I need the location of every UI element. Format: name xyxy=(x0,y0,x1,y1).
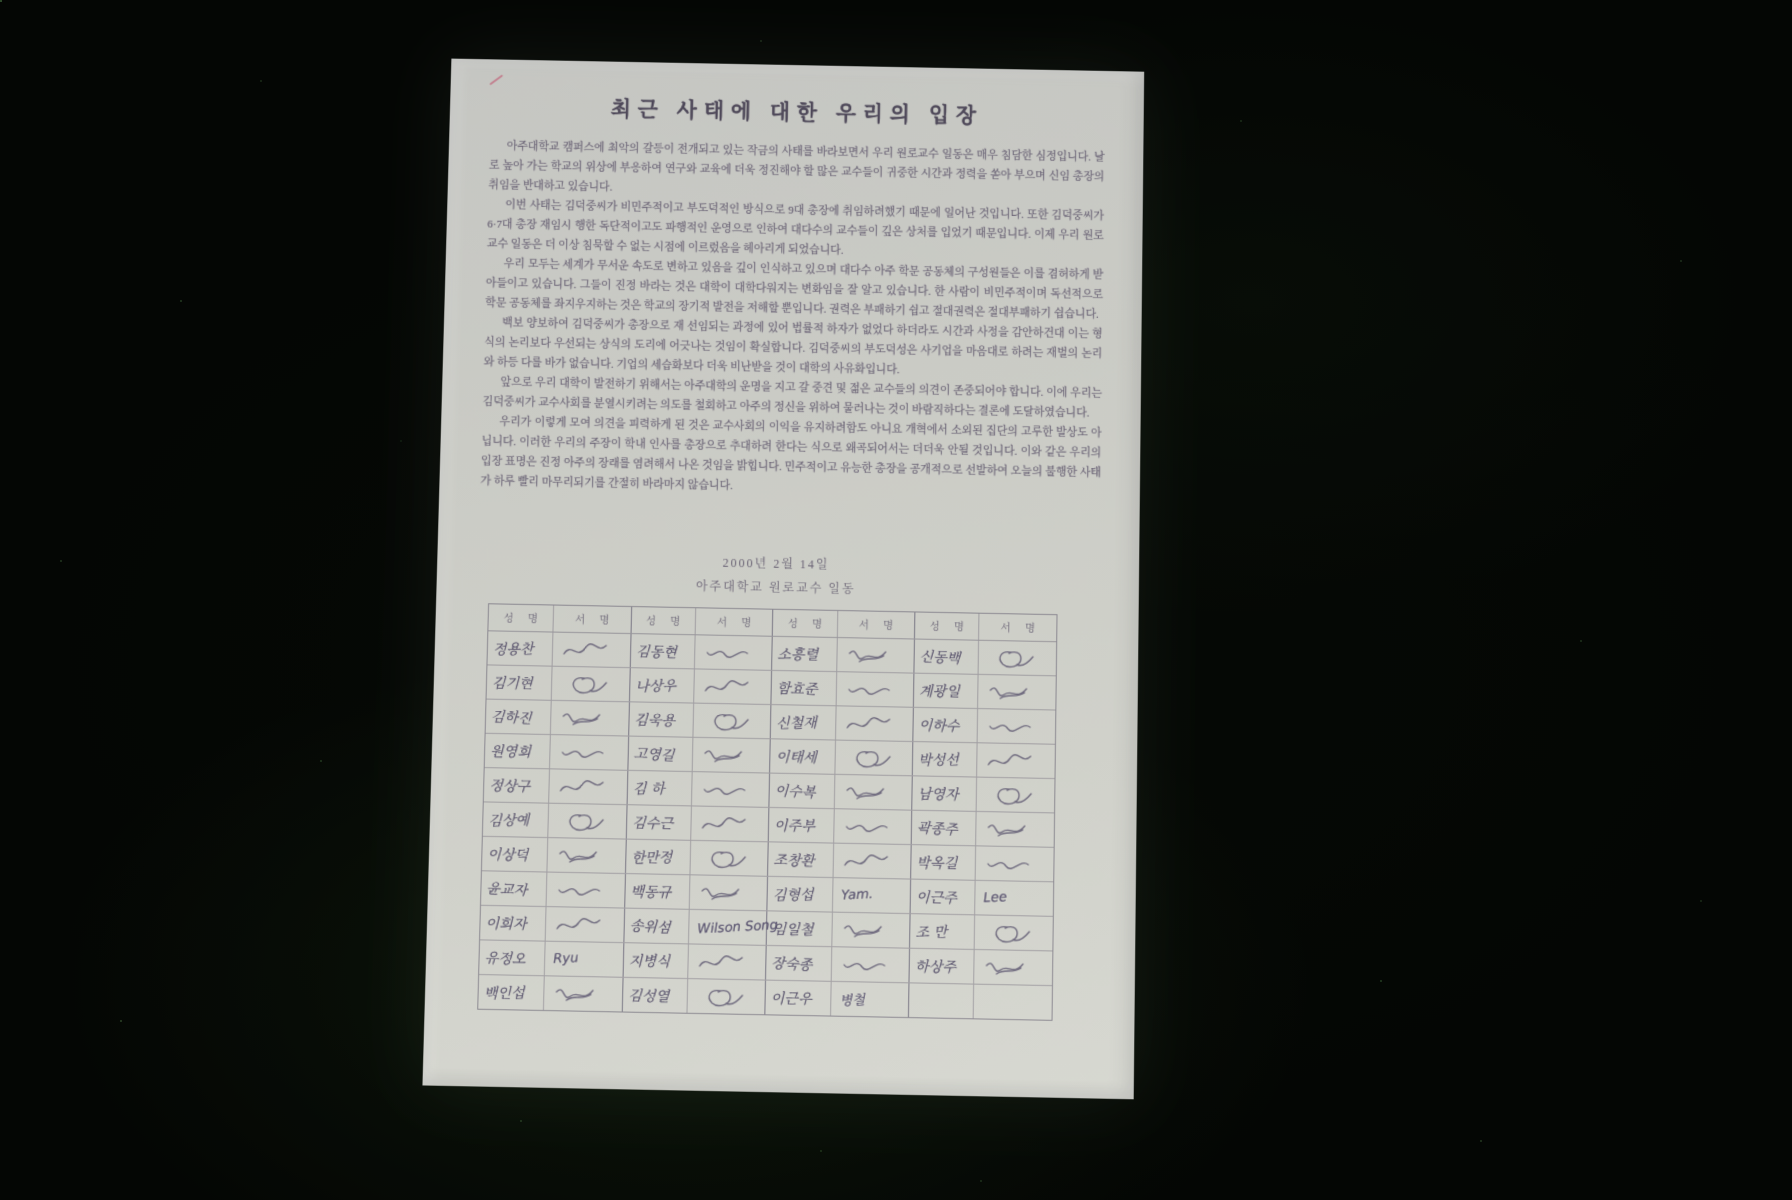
signee-name-cell: 이주부 xyxy=(768,808,833,843)
signee-name-cell: 김기현 xyxy=(487,665,552,699)
signee-name-cell: 이하수 xyxy=(913,708,978,742)
signature-scribble xyxy=(844,712,893,735)
red-pen-mark xyxy=(489,74,503,85)
column-header-name: 성 명 xyxy=(630,607,695,634)
signature-cell xyxy=(974,915,1053,950)
signature-scribble xyxy=(698,847,747,870)
signee-name: 백동규 xyxy=(630,881,671,902)
column-header-name: 성 명 xyxy=(772,610,837,637)
signature-text: 병철 xyxy=(838,989,864,1010)
signee-name-cell: 박성선 xyxy=(912,742,977,777)
signature-scribble xyxy=(696,950,745,973)
signature-cell xyxy=(689,875,768,910)
signee-name: 이태세 xyxy=(776,746,817,767)
signee-name: 신동백 xyxy=(919,645,961,667)
signee-name: 정상구 xyxy=(489,774,531,796)
signee-name-cell xyxy=(908,983,973,1018)
signature-scribble xyxy=(559,707,608,730)
signature-cell xyxy=(978,641,1056,676)
signee-name: 박성선 xyxy=(918,749,959,770)
signee-name: 송위섬 xyxy=(629,915,671,938)
signee-name-cell: 이상덕 xyxy=(482,837,547,872)
signee-name-cell: 김하진 xyxy=(486,700,551,734)
signee-name-cell: 정상구 xyxy=(484,768,549,803)
signee-name: 임일철 xyxy=(772,918,813,939)
signee-name-cell: 김형섭 xyxy=(767,877,832,912)
signature-scribble xyxy=(842,815,891,838)
signature-scribble xyxy=(703,641,752,664)
signature-cell xyxy=(550,701,629,736)
signature-cell xyxy=(835,672,913,707)
signee-name: 이희자 xyxy=(485,913,526,933)
signature-cell xyxy=(973,950,1052,985)
signature-scribble xyxy=(984,852,1033,875)
signature-cell xyxy=(975,812,1054,847)
signee-name-cell: 한만정 xyxy=(625,840,690,875)
signee-name: 김동현 xyxy=(635,640,676,662)
signee-name-cell: 고영길 xyxy=(627,737,692,772)
signature-cell xyxy=(977,709,1055,744)
signature-scribble xyxy=(987,646,1035,669)
signature-scribble xyxy=(842,781,891,804)
signature-scribble xyxy=(552,982,601,1005)
signature-text: Lee xyxy=(983,890,1007,906)
signature-scribble xyxy=(844,678,893,701)
signee-name: 나상우 xyxy=(635,675,676,696)
signee-name: 이근우 xyxy=(771,988,812,1008)
signee-name-cell: 계광일 xyxy=(913,674,978,708)
signee-name: 김기현 xyxy=(492,672,533,693)
signee-name: 김상예 xyxy=(488,809,529,830)
signee-name-cell: 백동규 xyxy=(624,874,689,909)
signature-scribble xyxy=(840,918,889,941)
signature-cell: Ryu xyxy=(544,942,623,977)
signee-name: 김형섭 xyxy=(773,884,814,905)
signature-scribble xyxy=(985,749,1034,772)
signature-scribble xyxy=(695,985,744,1008)
signature-cell xyxy=(551,667,630,702)
signature-scribble xyxy=(557,809,606,832)
signee-name-cell: 이근우 xyxy=(765,981,830,1016)
signature-cell xyxy=(832,844,911,879)
signee-name-cell: 김성열 xyxy=(622,978,687,1013)
signee-name: 김수근 xyxy=(632,812,674,834)
signee-name-cell: 조 만 xyxy=(909,914,974,949)
document-byline: 아주대학교 원로교수 일동 xyxy=(424,572,1126,602)
signee-name: 이상덕 xyxy=(487,844,528,865)
signee-name-cell: 이태세 xyxy=(770,739,835,774)
signee-name-cell: 유정오 xyxy=(479,940,545,975)
signee-name: 하상주 xyxy=(915,955,956,976)
signee-name-cell: 남영자 xyxy=(911,776,976,811)
signee-name-cell: 박옥길 xyxy=(910,845,975,880)
signee-name: 소흥렬 xyxy=(778,644,819,664)
signee-name-cell: 지병식 xyxy=(622,943,687,978)
signature-cell xyxy=(687,944,766,979)
signee-name-cell: 이수복 xyxy=(769,774,834,809)
signature-cell xyxy=(686,979,765,1014)
signee-name-cell: 송위섬 xyxy=(623,909,688,944)
signee-name: 이근주 xyxy=(916,886,958,908)
signature-table: 성 명서 명성 명서 명성 명서 명성 명서 명 정용찬김동현소흥렬신동백김기현… xyxy=(477,603,1057,1021)
signee-name-cell: 김수근 xyxy=(626,805,691,840)
signee-name-cell: 김동현 xyxy=(629,634,694,668)
photographed-document-page: 최근 사태에 대한 우리의 입장 아주대학교 캠퍼스에 최악의 갈등이 전개되고… xyxy=(422,59,1144,1100)
signee-name-cell: 김 하 xyxy=(626,771,691,806)
signature-scribble xyxy=(986,681,1034,704)
signee-name-cell: 김욱용 xyxy=(628,702,693,736)
signee-name-cell: 김상예 xyxy=(483,802,548,837)
camera-noise-speckles xyxy=(0,0,2,2)
signature-cell xyxy=(694,635,772,670)
column-header-sign: 서 명 xyxy=(553,606,631,634)
signature-scribble xyxy=(558,741,607,764)
signature-scribble xyxy=(843,746,892,769)
column-header-sign: 서 명 xyxy=(694,608,772,636)
body-paragraph: 우리가 이렇게 모여 의견을 피력하게 된 것은 교수사회의 이익을 유지하려함… xyxy=(480,412,1102,503)
signature-cell xyxy=(547,804,626,839)
signee-name: 윤교자 xyxy=(486,877,528,900)
signature-cell xyxy=(549,735,628,770)
signature-cell xyxy=(552,633,631,668)
signature-text: Yam. xyxy=(840,887,873,904)
signee-name-cell: 백인섭 xyxy=(478,975,544,1010)
signee-name-cell: 정용찬 xyxy=(487,631,552,665)
signature-cell xyxy=(973,985,1052,1020)
signee-name: 장숙종 xyxy=(771,952,813,975)
signee-name: 지병식 xyxy=(629,950,670,970)
column-header-sign: 서 명 xyxy=(978,614,1056,642)
signature-scribble xyxy=(983,956,1032,979)
column-header-name: 성 명 xyxy=(488,604,553,631)
signee-name: 김성열 xyxy=(628,984,670,1006)
signee-name: 원영희 xyxy=(490,741,531,761)
signature-table-body: 정용찬김동현소흥렬신동백김기현나상우함효준계광일김하진김욱용신철재이하수원영희고… xyxy=(478,631,1056,1020)
signature-scribble xyxy=(986,715,1034,738)
signature-scribble xyxy=(701,709,750,732)
signee-name: 조창환 xyxy=(774,849,816,871)
signee-name: 김 하 xyxy=(633,778,665,798)
signee-name: 신철재 xyxy=(776,712,817,733)
signature-cell xyxy=(692,704,771,739)
signee-name-cell: 이희자 xyxy=(480,906,545,941)
signature-cell xyxy=(543,976,622,1011)
signee-name-cell: 함효준 xyxy=(771,671,836,705)
column-header-sign: 서 명 xyxy=(836,611,914,639)
document-body: 아주대학교 캠퍼스에 최악의 갈등이 전개되고 있는 작금의 사태를 바라보면서… xyxy=(480,136,1105,503)
signature-scribble xyxy=(701,743,750,766)
signature-cell xyxy=(977,675,1055,710)
signee-name: 이하수 xyxy=(918,714,959,736)
signee-name: 이수복 xyxy=(775,780,817,802)
signature-scribble xyxy=(560,672,609,695)
signature-cell xyxy=(833,809,912,844)
signature-cell xyxy=(693,669,772,704)
signature-cell xyxy=(835,706,914,741)
column-header-name: 성 명 xyxy=(914,612,979,639)
signee-name-cell: 조창환 xyxy=(768,842,833,877)
signee-name-cell: 신동백 xyxy=(914,639,979,673)
signature-cell xyxy=(976,778,1055,813)
signature-scribble xyxy=(702,675,751,698)
signee-name-cell: 이근주 xyxy=(910,880,975,915)
signee-name: 함효준 xyxy=(777,677,818,699)
signature-scribble xyxy=(700,778,749,801)
signee-name: 조 만 xyxy=(915,921,947,942)
signee-name-cell: 윤교자 xyxy=(481,871,546,906)
signature-cell xyxy=(548,769,627,804)
signature-cell xyxy=(690,806,769,841)
signature-scribble xyxy=(557,775,606,798)
signature-cell xyxy=(975,846,1054,881)
signature-cell xyxy=(834,741,913,776)
signee-name-cell: 나상우 xyxy=(629,668,694,702)
signee-name: 박옥길 xyxy=(917,852,958,872)
signee-name-cell: 장숙종 xyxy=(765,946,830,981)
signee-name-cell: 소흥렬 xyxy=(772,637,837,671)
signature-scribble xyxy=(839,953,888,976)
signature-cell xyxy=(691,738,770,773)
signee-name-cell: 임일철 xyxy=(766,911,831,946)
signature-cell xyxy=(689,841,768,876)
signee-name-cell: 원영희 xyxy=(485,734,550,769)
signature-cell xyxy=(691,772,770,807)
signature-scribble xyxy=(983,921,1032,944)
signature-cell xyxy=(546,873,625,908)
signature-text: Ryu xyxy=(553,951,579,968)
signature-scribble xyxy=(698,881,747,904)
signature-scribble xyxy=(841,849,890,872)
signee-name: 남영자 xyxy=(918,783,959,804)
signature-scribble xyxy=(554,913,603,936)
signature-cell xyxy=(976,743,1054,778)
signature-cell xyxy=(546,838,625,873)
signature-cell xyxy=(831,913,910,948)
signee-name: 고영길 xyxy=(633,743,675,765)
signee-name: 곽종주 xyxy=(917,817,959,839)
signature-cell xyxy=(836,638,914,673)
signature-scribble xyxy=(699,812,748,835)
signature-scribble xyxy=(845,644,893,667)
signee-name: 한만정 xyxy=(631,846,672,867)
signee-name: 김욱용 xyxy=(634,709,675,730)
signature-scribble xyxy=(555,878,604,901)
document-title: 최근 사태에 대한 우리의 입장 xyxy=(479,90,1114,131)
signee-name: 백인섭 xyxy=(484,982,525,1003)
signature-scribble xyxy=(985,818,1034,841)
signature-cell: Wilson Song xyxy=(688,910,767,945)
signee-name: 김하진 xyxy=(491,706,533,728)
signature-cell xyxy=(830,947,909,982)
signee-name-cell: 신철재 xyxy=(770,705,835,739)
signee-name-cell: 하상주 xyxy=(909,949,974,984)
signature-cell: Lee xyxy=(974,881,1053,916)
signee-name: 유정오 xyxy=(484,947,526,969)
signature-cell: 병철 xyxy=(830,982,909,1017)
signee-name-cell: 곽종주 xyxy=(911,811,976,846)
signature-cell: Yam. xyxy=(831,878,910,913)
signee-name: 정용찬 xyxy=(493,638,534,659)
signee-name: 이주부 xyxy=(775,815,816,835)
signature-scribble xyxy=(985,783,1034,806)
signature-scribble xyxy=(556,844,605,867)
signature-cell xyxy=(545,907,624,942)
signee-name: 계광일 xyxy=(919,681,960,701)
signature-scribble xyxy=(561,638,610,661)
signature-cell xyxy=(833,775,912,810)
